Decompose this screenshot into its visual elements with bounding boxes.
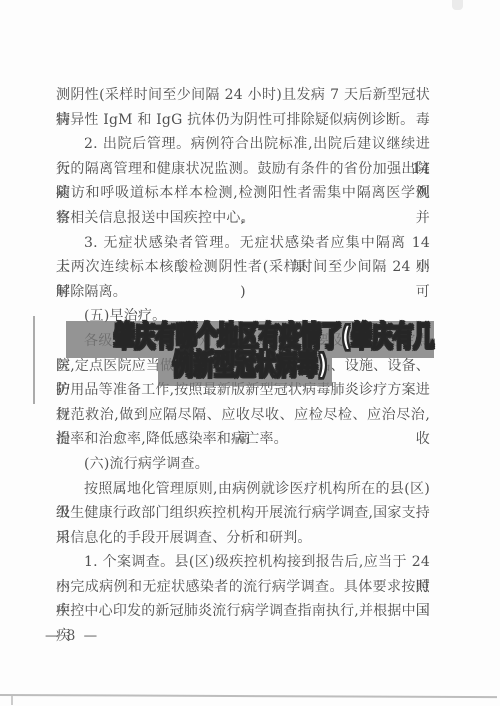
text-line: 天的隔离管理和健康状况监测。鼓励有条件的省份加强出院病例 <box>56 157 430 182</box>
text-line: 测阴性(采样时间至少间隔 24 小时)且发病 7 天后新型冠状病毒 <box>56 83 430 108</box>
text-line: 随访和呼吸道标本样本检测,检测阳性者需集中隔离医学观察,并 <box>56 181 430 206</box>
overlay-title: 肇庆有哪个地区有疫情了(肇庆有几 例新型冠状病毒) <box>114 323 386 379</box>
text-line: 3. 无症状感染者管理。无症状感染者应集中隔离 14 天,原则 <box>56 231 430 256</box>
text-line: 1. 个案调查。县(区)级疾控机构接到报告后,应当于 24 小时 <box>56 550 430 575</box>
scan-bottom-tick <box>11 696 13 705</box>
text-line: (六)流行病学调查。 <box>56 452 430 477</box>
text-line: 特异性 IgM 和 IgG 抗体仍为阴性可排除疑似病例诊断。 <box>56 108 430 133</box>
text-line: 用信息化的手段开展调查、分析和研判。 <box>56 526 430 551</box>
page-number: — 8 — <box>45 628 99 644</box>
text-line: 内完成病例和无症状感染者的流行病学调查。具体要求按照中国 <box>56 575 430 600</box>
text-line: 2. 出院后管理。病例符合出院标准,出院后建议继续进行 14 <box>56 132 430 157</box>
scan-left-line <box>33 316 35 404</box>
scan-bottom-line <box>0 694 497 698</box>
overlay-title-line2: 例新型冠状病毒) <box>114 351 386 379</box>
text-line: 按照属地化管理原则,由病例就诊医疗机构所在的县(区)级 <box>56 477 430 502</box>
overlay-title-line1: 肇庆有哪个地区有疫情了(肇庆有几 <box>114 323 386 351</box>
text-line: 规范救治,做到应隔尽隔、应收尽收、应检尽检、应治尽治,提高收 <box>56 403 430 428</box>
scan-smudge <box>452 0 463 10</box>
text-line: 卫生健康行政部门组织疾控机构开展流行病学调查,国家支持采 <box>56 501 430 526</box>
text-line: 疾控中心印发的新冠肺炎流行病学调查指南执行,并根据中国疾 <box>56 599 430 624</box>
text-line: 上两次连续标本核酸检测阴性者(采样时间至少间隔 24 小时)可 <box>56 255 430 280</box>
